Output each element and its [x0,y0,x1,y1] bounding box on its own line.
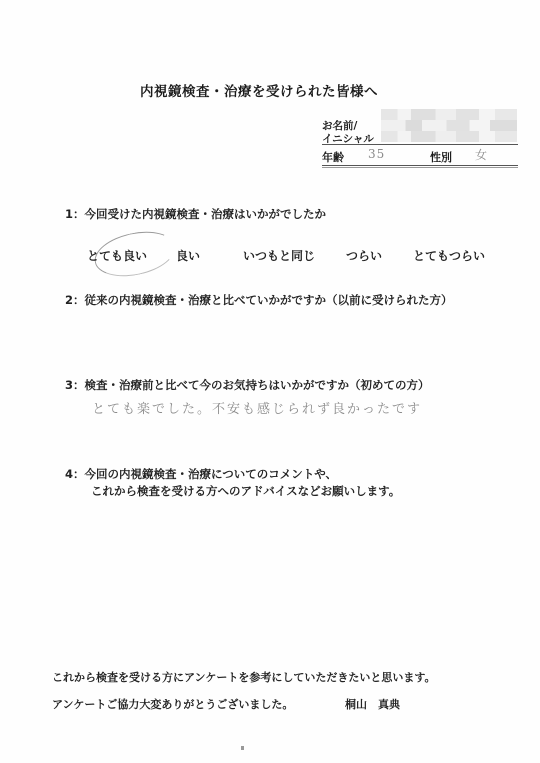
question-4-number: 4： [65,467,85,481]
age-sex-underline [322,165,518,166]
option-good[interactable]: 良い [176,247,200,264]
question-4-text-line1: 今回の内視鏡検査・治療についてのコメントや、 [85,467,338,481]
question-2: 2：従来の内視鏡検査・治療と比べていかがですか（以前に受けられた方） [65,292,453,308]
age-value: 35 [368,147,385,161]
name-underline [322,144,518,145]
age-sex-underline-double [322,167,518,168]
footer-line2: アンケートご協力大変ありがとうございました。 [52,696,293,712]
age-label: 年齢 [322,149,344,165]
sex-value: 女 [475,146,489,163]
document-title: 内視鏡検査・治療を受けられた皆様へ [140,80,378,100]
scan-speck [241,746,244,750]
sex-label: 性別 [430,149,452,165]
question-1: 1：今回受けた内視鏡検査・治療はいかがでしたか [65,206,326,222]
question-1-number: 1： [65,207,85,221]
option-hard[interactable]: つらい [346,247,382,264]
question-3: 3：検査・治療前と比べて今のお気持ちはいかがですか（初めての方） [65,377,430,393]
question-1-text: 今回受けた内視鏡検査・治療はいかがでしたか [85,207,327,221]
signature: 桐山 真典 [345,696,400,712]
option-same-as-usual[interactable]: いつもと同じ [243,247,315,264]
name-redacted-field [381,109,517,142]
question-4-text-line2: これから検査を受ける方へのアドバイスなどお願いします。 [91,483,400,499]
question-2-number: 2： [65,293,85,307]
question-3-number: 3： [65,378,85,392]
footer-line1: これから検査を受ける方にアンケートを参考にしていただきたいと思います。 [52,669,435,685]
question-3-handwritten-answer: とても楽でした。不安も感じられず良かったです [92,398,422,417]
option-very-good[interactable]: とても良い [87,247,147,264]
option-very-hard[interactable]: とてもつらい [413,247,485,264]
question-3-text: 検査・治療前と比べて今のお気持ちはいかがですか（初めての方） [85,378,430,392]
question-4: 4：今回の内視鏡検査・治療についてのコメントや、 [65,466,337,482]
question-2-text: 従来の内視鏡検査・治療と比べていかがですか（以前に受けられた方） [85,293,453,307]
